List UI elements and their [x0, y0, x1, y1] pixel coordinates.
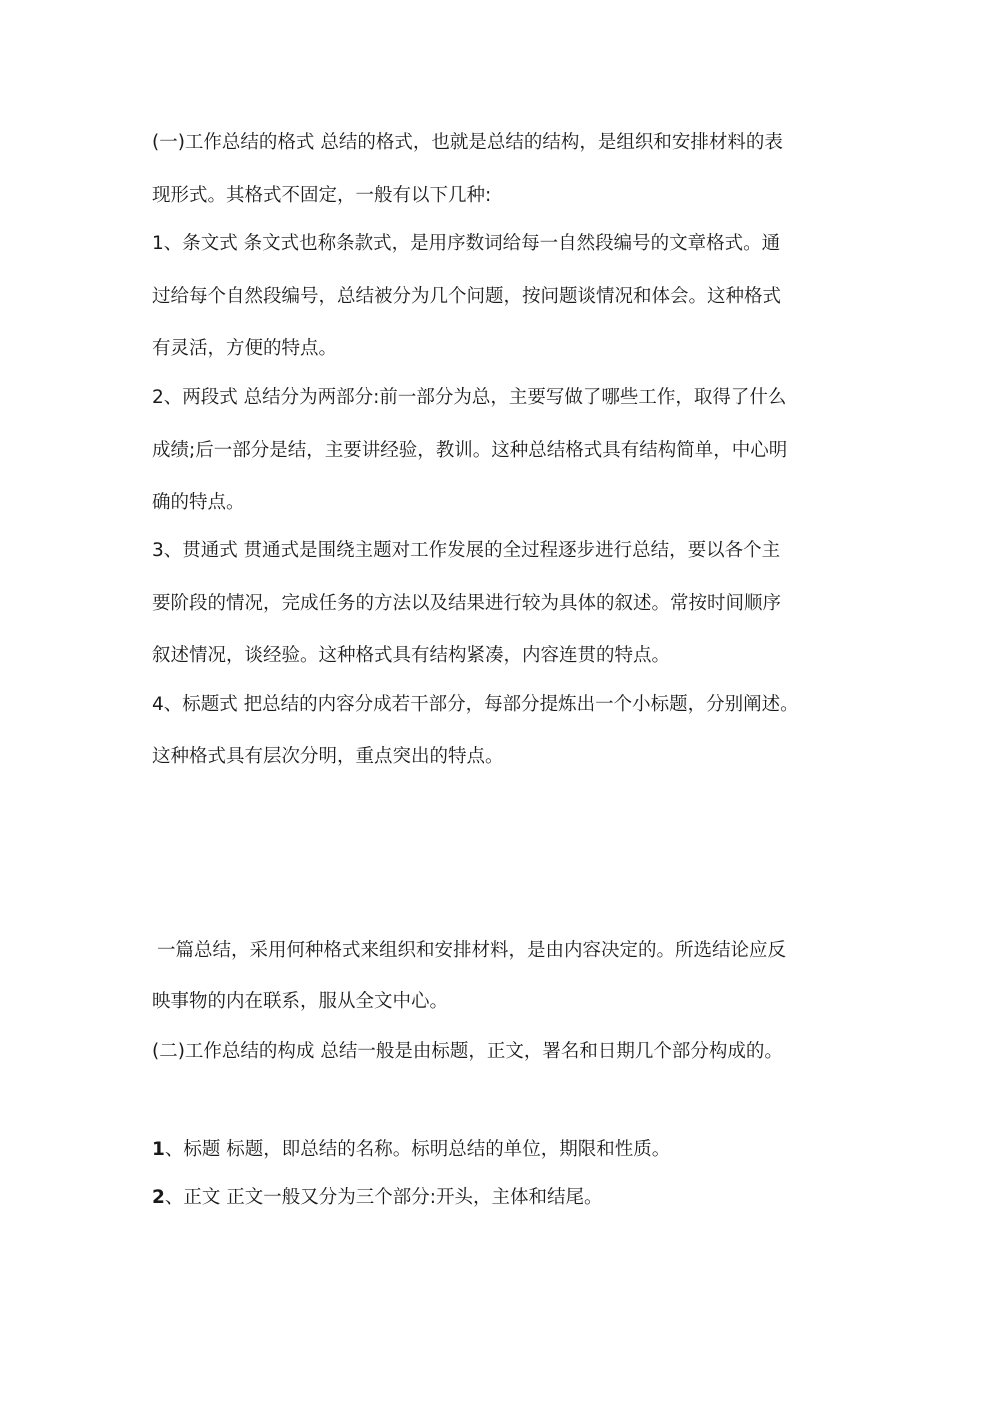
section1-line-2: 现形式。其格式不固定，一般有以下几种: [152, 184, 491, 208]
part1-line: 1、标题 标题，即总结的名称。标明总结的单位，期限和性质。 [152, 1138, 670, 1162]
section2-line-1: (二)工作总结的构成 总结一般是由标题，正文，署名和日期几个部分构成的。 [152, 1040, 783, 1064]
part2-number: 2 [152, 1187, 165, 1208]
item2-line-1: 2、两段式 总结分为两部分:前一部分为总，主要写做了哪些工作，取得了什么 [152, 386, 786, 410]
item3-line-1: 3、贯通式 贯通式是围绕主题对工作发展的全过程逐步进行总结，要以各个主 [152, 539, 780, 563]
part2-line: 2、正文 正文一般又分为三个部分:开头，主体和结尾。 [152, 1186, 603, 1210]
item4-line-1: 4、标题式 把总结的内容分成若干部分，每部分提炼出一个小标题，分别阐述。 [152, 693, 799, 717]
item2-line-2: 成绩;后一部分是结，主要讲经验，教训。这种总结格式具有结构简单，中心明 [152, 439, 787, 463]
part2-text: 、正文 正文一般又分为三个部分:开头，主体和结尾。 [165, 1187, 603, 1208]
part1-number: 1 [152, 1139, 165, 1160]
item4-line-2: 这种格式具有层次分明，重点突出的特点。 [152, 745, 504, 769]
item3-line-3: 叙述情况，谈经验。这种格式具有结构紧凑，内容连贯的特点。 [152, 644, 670, 668]
part1-text: 、标题 标题，即总结的名称。标明总结的单位，期限和性质。 [165, 1139, 670, 1160]
item1-line-3: 有灵活，方便的特点。 [152, 337, 337, 361]
conclusion-line-2: 映事物的内在联系，服从全文中心。 [152, 990, 448, 1014]
conclusion-text: 一篇总结，采用何种格式来组织和安排材料，是由内容决定的。所选结论应反 [157, 940, 786, 961]
item1-line-2: 过给每个自然段编号，总结被分为几个问题，按问题谈情况和体会。这种格式 [152, 285, 781, 309]
section1-line-1: (一)工作总结的格式 总结的格式，也就是总结的结构，是组织和安排材料的表 [152, 131, 783, 155]
item2-line-3: 确的特点。 [152, 491, 245, 515]
item1-line-1: 1、条文式 条文式也称条款式，是用序数词给每一自然段编号的文章格式。通 [152, 232, 780, 256]
item3-line-2: 要阶段的情况，完成任务的方法以及结果进行较为具体的叙述。常按时间顺序 [152, 592, 781, 616]
document-page: (一)工作总结的格式 总结的格式，也就是总结的结构，是组织和安排材料的表 现形式… [0, 0, 1000, 1415]
conclusion-line-1: 一篇总结，采用何种格式来组织和安排材料，是由内容决定的。所选结论应反 [152, 939, 786, 963]
